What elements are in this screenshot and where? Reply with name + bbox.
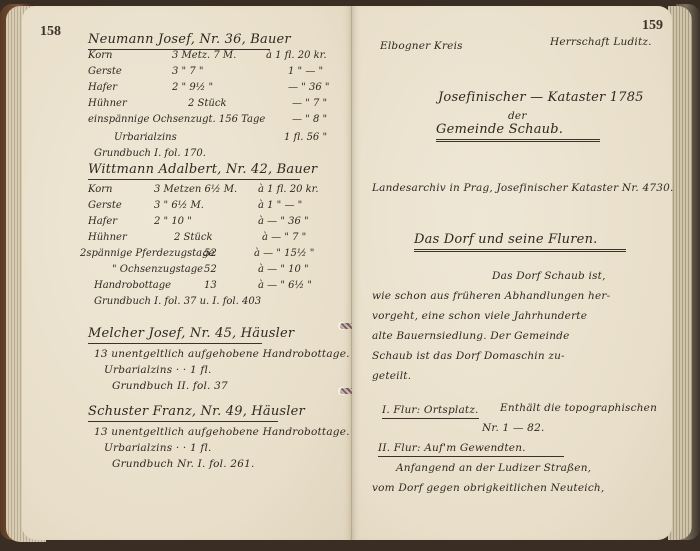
paragraph-line: wie schon aus früheren Abhandlungen her- — [372, 290, 610, 302]
entry-heading: Schuster Franz, Nr. 49, Häusler — [88, 404, 278, 422]
item-name: einspännige Ochsenzugt. 156 Tage — [88, 114, 265, 125]
item-qty: 2 " 9½ " — [172, 82, 213, 93]
flur1-numbers: Nr. 1 — 82. — [482, 422, 544, 434]
entry-row: Handrobottage13à — " 6½ " — [88, 280, 348, 296]
header-lordship: Herrschaft Luditz. — [550, 36, 652, 48]
grundbuch-ref: Grundbuch I. fol. 170. — [94, 148, 206, 159]
item-rate: — " 7 " — [292, 98, 327, 109]
section-title: Das Dorf und seine Fluren. — [414, 232, 626, 252]
entry-line: Urbarialzins · · 1 fl. — [104, 442, 212, 454]
entry-line: 13 unentgeltlich aufgehobene Handrobotta… — [94, 348, 350, 360]
title-municipality: Gemeinde Schaub. — [436, 122, 600, 142]
entry-row: Korn3 Metzen 6½ M.à 1 fl. 20 kr. — [88, 184, 348, 200]
paragraph-line: geteilt. — [372, 370, 411, 382]
entry-row: Hafer2 " 10 "à — " 36 " — [88, 216, 348, 232]
title-cadastre: Josefinischer — Kataster 1785 — [438, 90, 644, 105]
urbarial-label: Urbarialzins — [114, 132, 177, 143]
flur2-line: Anfangend an der Ludizer Straßen, — [396, 462, 591, 474]
flur2-label: II. Flur: Auf'm Gewendten. — [378, 442, 564, 457]
entry-line: Grundbuch Nr. I. fol. 261. — [112, 458, 255, 470]
item-qty: 2 Stück — [174, 232, 213, 243]
urbarial-value: 1 fl. 56 " — [284, 132, 327, 143]
entry-row: " Ochsenzugstage52à — " 10 " — [88, 264, 348, 280]
item-qty: 52 — [204, 264, 217, 275]
item-rate: à — " 10 " — [258, 264, 309, 275]
item-qty: 3 Metz. 7 M. — [172, 50, 236, 61]
item-name: 2spännige Pferdezugstage — [80, 248, 214, 259]
flur1-text: Enthält die topographischen — [500, 402, 657, 414]
right-page: 159 Elbogner Kreis Herrschaft Luditz. Jo… — [352, 6, 672, 540]
page-number-left: 158 — [40, 24, 61, 40]
item-qty: 3 " 6½ M. — [154, 200, 204, 211]
entry-heading: Melcher Josef, Nr. 45, Häusler — [88, 326, 262, 344]
entry-row: Hafer2 " 9½ "— " 36 " — [88, 82, 348, 98]
paragraph-line: Schaub ist das Dorf Domaschin zu- — [372, 350, 565, 362]
entry-line: Urbarialzins · · 1 fl. — [104, 364, 212, 376]
entry-row: Korn3 Metz. 7 M.à 1 fl. 20 kr. — [88, 50, 348, 66]
item-qty: 3 Metzen 6½ M. — [154, 184, 237, 195]
item-name: Gerste — [88, 200, 122, 211]
item-name: Hafer — [88, 216, 117, 227]
page-number-right: 159 — [642, 18, 663, 34]
item-name: Gerste — [88, 66, 122, 77]
entry-line: Grundbuch II. fol. 37 — [112, 380, 228, 392]
item-name: Hühner — [88, 98, 127, 109]
entry-heading: Neumann Josef, Nr. 36, Bauer — [88, 32, 270, 50]
item-name: Hafer — [88, 82, 117, 93]
paragraph-line: Das Dorf Schaub ist, — [492, 270, 606, 282]
left-page: 158 Neumann Josef, Nr. 36, Bauer Korn3 M… — [22, 6, 352, 540]
item-qty: 52 — [204, 248, 217, 259]
item-rate: à — " 6½ " — [258, 280, 312, 291]
item-qty: 2 Stück — [188, 98, 227, 109]
urbarial-row: Urbarialzins1 fl. 56 " — [88, 132, 348, 148]
item-name: Handrobottage — [94, 280, 171, 291]
item-rate: à — " 7 " — [262, 232, 306, 243]
item-name: Korn — [88, 184, 112, 195]
item-rate: à — " 15½ " — [254, 248, 314, 259]
item-name: Hühner — [88, 232, 127, 243]
entry-row: Gerste3 " 7 "1 " — " — [88, 66, 348, 82]
open-ledger-book: 158 Neumann Josef, Nr. 36, Bauer Korn3 M… — [0, 0, 700, 551]
entry-row: 2spännige Pferdezugstage52à — " 15½ " — [88, 248, 348, 264]
title-der: der — [508, 110, 527, 122]
entry-row: Gerste3 " 6½ M.à 1 " — " — [88, 200, 348, 216]
item-rate: à 1 fl. 20 kr. — [258, 184, 319, 195]
item-qty: 13 — [204, 280, 217, 291]
entry-row: Hühner2 Stück— " 7 " — [88, 98, 348, 114]
flur2-line: vom Dorf gegen obrigkeitlichen Neuteich, — [372, 482, 604, 494]
item-rate: à 1 " — " — [258, 200, 302, 211]
flur1-label: I. Flur: Ortsplatz. — [382, 404, 479, 419]
item-name: Korn — [88, 50, 112, 61]
item-rate: à — " 36 " — [258, 216, 309, 227]
header-district: Elbogner Kreis — [380, 40, 463, 52]
grundbuch-row: Grundbuch I. fol. 37 u. I. fol. 403 — [88, 296, 348, 312]
archive-reference: Landesarchiv in Prag, Josefinischer Kata… — [372, 182, 674, 194]
grundbuch-ref: Grundbuch I. fol. 37 u. I. fol. 403 — [94, 296, 261, 307]
item-qty: 2 " 10 " — [154, 216, 192, 227]
item-rate: 1 " — " — [288, 66, 323, 77]
entry-heading: Wittmann Adalbert, Nr. 42, Bauer — [88, 162, 300, 180]
entry-row: Hühner2 Stückà — " 7 " — [88, 232, 348, 248]
item-rate: — " 36 " — [288, 82, 329, 93]
entry-line: 13 unentgeltlich aufgehobene Handrobotta… — [94, 426, 350, 438]
item-rate: à 1 fl. 20 kr. — [266, 50, 327, 61]
paragraph-line: alte Bauernsiedlung. Der Gemeinde — [372, 330, 570, 342]
item-qty: 3 " 7 " — [172, 66, 203, 77]
item-name: " Ochsenzugstage — [112, 264, 203, 275]
item-rate: — " 8 " — [292, 114, 327, 125]
paragraph-line: vorgeht, eine schon viele Jahrhunderte — [372, 310, 587, 322]
entry-row: einspännige Ochsenzugt. 156 Tage— " 8 " — [88, 114, 348, 130]
